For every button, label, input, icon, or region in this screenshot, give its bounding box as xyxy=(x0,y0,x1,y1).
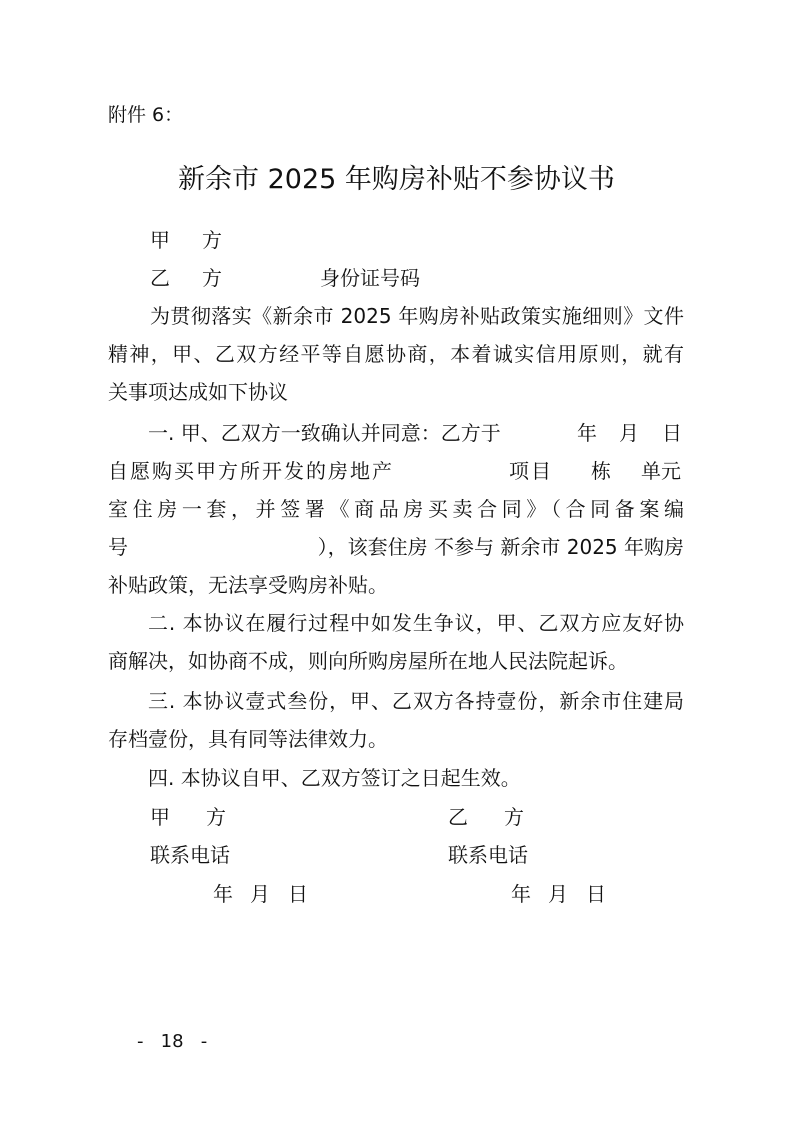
signature-party-a-phone-label: 联系电话 xyxy=(150,843,230,867)
sig-party-b-char1: 乙 xyxy=(448,805,468,829)
preamble-line-3: 关事项达成如下协议 xyxy=(108,380,684,404)
clause1-year: 年 xyxy=(577,421,597,445)
signature-party-a-label: 甲方 xyxy=(150,805,226,829)
clause1-line1-text: 一. 甲、乙双方一致确认并同意：乙方于 xyxy=(148,421,501,445)
signature-party-b-label: 乙方 xyxy=(448,805,524,829)
clause1-line5: 补贴政策，无法享受购房补贴。 xyxy=(108,573,684,597)
id-number-label: 身份证号码 xyxy=(320,266,420,290)
party-b-line: 乙方 xyxy=(150,266,222,290)
clause1-building: 栋 xyxy=(591,459,611,483)
sig-b-month: 月 xyxy=(548,882,568,906)
clause1-line2-text: 自愿购买甲方所开发的房地产 xyxy=(108,459,394,483)
attachment-label: 附件 6： xyxy=(108,103,183,127)
clause1-unit: 单元 xyxy=(641,459,681,483)
sig-a-month: 月 xyxy=(250,882,270,906)
sig-b-day: 日 xyxy=(586,882,606,906)
clause2-line2: 商解决，如协商不成，则向所购房屋所在地人民法院起诉。 xyxy=(108,649,684,673)
sig-party-a-char1: 甲 xyxy=(150,805,170,829)
clause1-line4-start: 号 xyxy=(108,535,128,559)
clause1-project: 项目 xyxy=(509,459,553,483)
clause2-line1: 二. 本协议在履行过程中如发生争议，甲、乙双方应友好协 xyxy=(148,611,684,635)
party-b-char1: 乙 xyxy=(150,266,170,290)
clause1-month: 月 xyxy=(619,421,639,445)
signature-party-a-date: 年月日 xyxy=(213,882,308,906)
signature-party-b-phone-label: 联系电话 xyxy=(448,843,528,867)
sig-party-b-char2: 方 xyxy=(504,805,524,829)
party-a-line: 甲方 xyxy=(150,228,222,252)
preamble-line-2: 精神，甲、乙双方经平等自愿协商，本着诚实信用原则，就有 xyxy=(108,342,684,366)
party-a-char1: 甲 xyxy=(150,228,170,252)
preamble-line-1: 为贯彻落实《新余市 2025 年购房补贴政策实施细则》文件 xyxy=(150,304,684,328)
clause3-line2: 存档壹份，具有同等法律效力。 xyxy=(108,727,684,751)
sig-b-year: 年 xyxy=(511,882,531,906)
signature-party-b-date: 年月日 xyxy=(511,882,606,906)
party-a-char2: 方 xyxy=(202,228,222,252)
page-number: - 18 - xyxy=(137,1030,207,1054)
sig-party-a-char2: 方 xyxy=(206,805,226,829)
clause3-line1: 三. 本协议壹式叁份，甲、乙双方各持壹份，新余市住建局 xyxy=(148,689,684,713)
clause1-line3: 室住房一套，并签署《商品房买卖合同》（合同备案编 xyxy=(108,497,684,521)
sig-a-day: 日 xyxy=(288,882,308,906)
clause1-day: 日 xyxy=(662,421,682,445)
document-title: 新余市 2025 年购房补贴不参协议书 xyxy=(0,164,793,196)
party-b-char2: 方 xyxy=(202,266,222,290)
sig-a-year: 年 xyxy=(213,882,233,906)
clause4-line1: 四. 本协议自甲、乙双方签订之日起生效。 xyxy=(148,766,521,790)
clause1-line4-end: ），该套住房 不参与 新余市 2025 年购房 xyxy=(275,535,684,559)
